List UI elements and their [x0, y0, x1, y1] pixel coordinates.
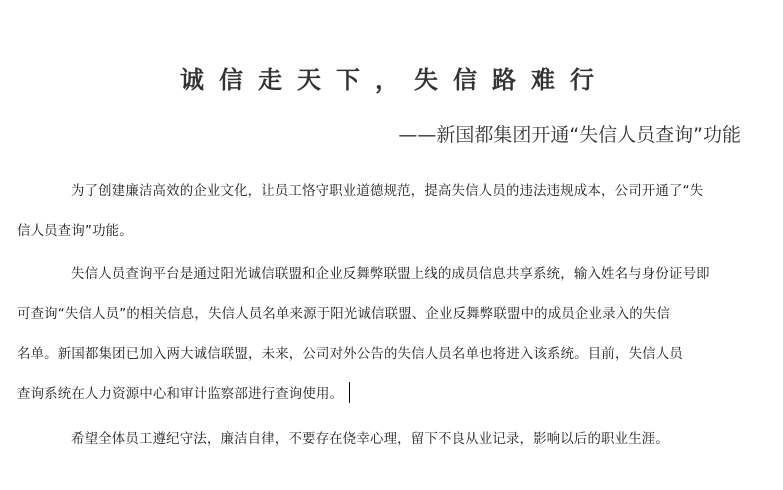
paragraph-line: 希望全体员工遵纪守法，廉洁自律，不要存在侥幸心理，留下不良从业记录，影响以后的职… — [44, 420, 744, 460]
paragraph-line: 可查询“失信人员”的相关信息，失信人员名单来源于阳光诚信联盟、企业反舞弊联盟中的… — [17, 295, 744, 335]
paragraph-line: 信人员查询”功能。 — [17, 212, 744, 252]
paragraph-1[interactable]: 为了创建廉洁高效的企业文化，让员工恪守职业道德规范，提高失信人员的违法违规成本，… — [44, 172, 744, 252]
text-cursor — [349, 382, 350, 403]
paragraph-3[interactable]: 希望全体员工遵纪守法，廉洁自律，不要存在侥幸心理，留下不良从业记录，影响以后的职… — [44, 420, 744, 460]
paragraph-line: 名单。新国都集团已加入两大诚信联盟，未来，公司对外公告的失信人员名单也将进入该系… — [17, 335, 744, 375]
paragraph-line: 为了创建廉洁高效的企业文化，让员工恪守职业道德规范，提高失信人员的违法违规成本，… — [44, 172, 744, 212]
paragraph-line-with-cursor: 查询系统在人力资源中心和审计监察部进行查询使用。 — [17, 375, 744, 415]
document-subtitle: ——新国都集团开通“失信人员查询”功能 — [398, 121, 741, 149]
paragraph-line: 失信人员查询平台是通过阳光诚信联盟和企业反舞弊联盟上线的成员信息共享系统，输入姓… — [44, 255, 744, 295]
document-page: 诚信走天下，失信路难行 ——新国都集团开通“失信人员查询”功能 为了创建廉洁高效… — [0, 0, 783, 490]
document-title: 诚信走天下，失信路难行 — [0, 64, 783, 96]
paragraph-2[interactable]: 失信人员查询平台是通过阳光诚信联盟和企业反舞弊联盟上线的成员信息共享系统，输入姓… — [44, 255, 744, 415]
paragraph-line-text: 查询系统在人力资源中心和审计监察部进行查询使用。 — [17, 387, 343, 402]
